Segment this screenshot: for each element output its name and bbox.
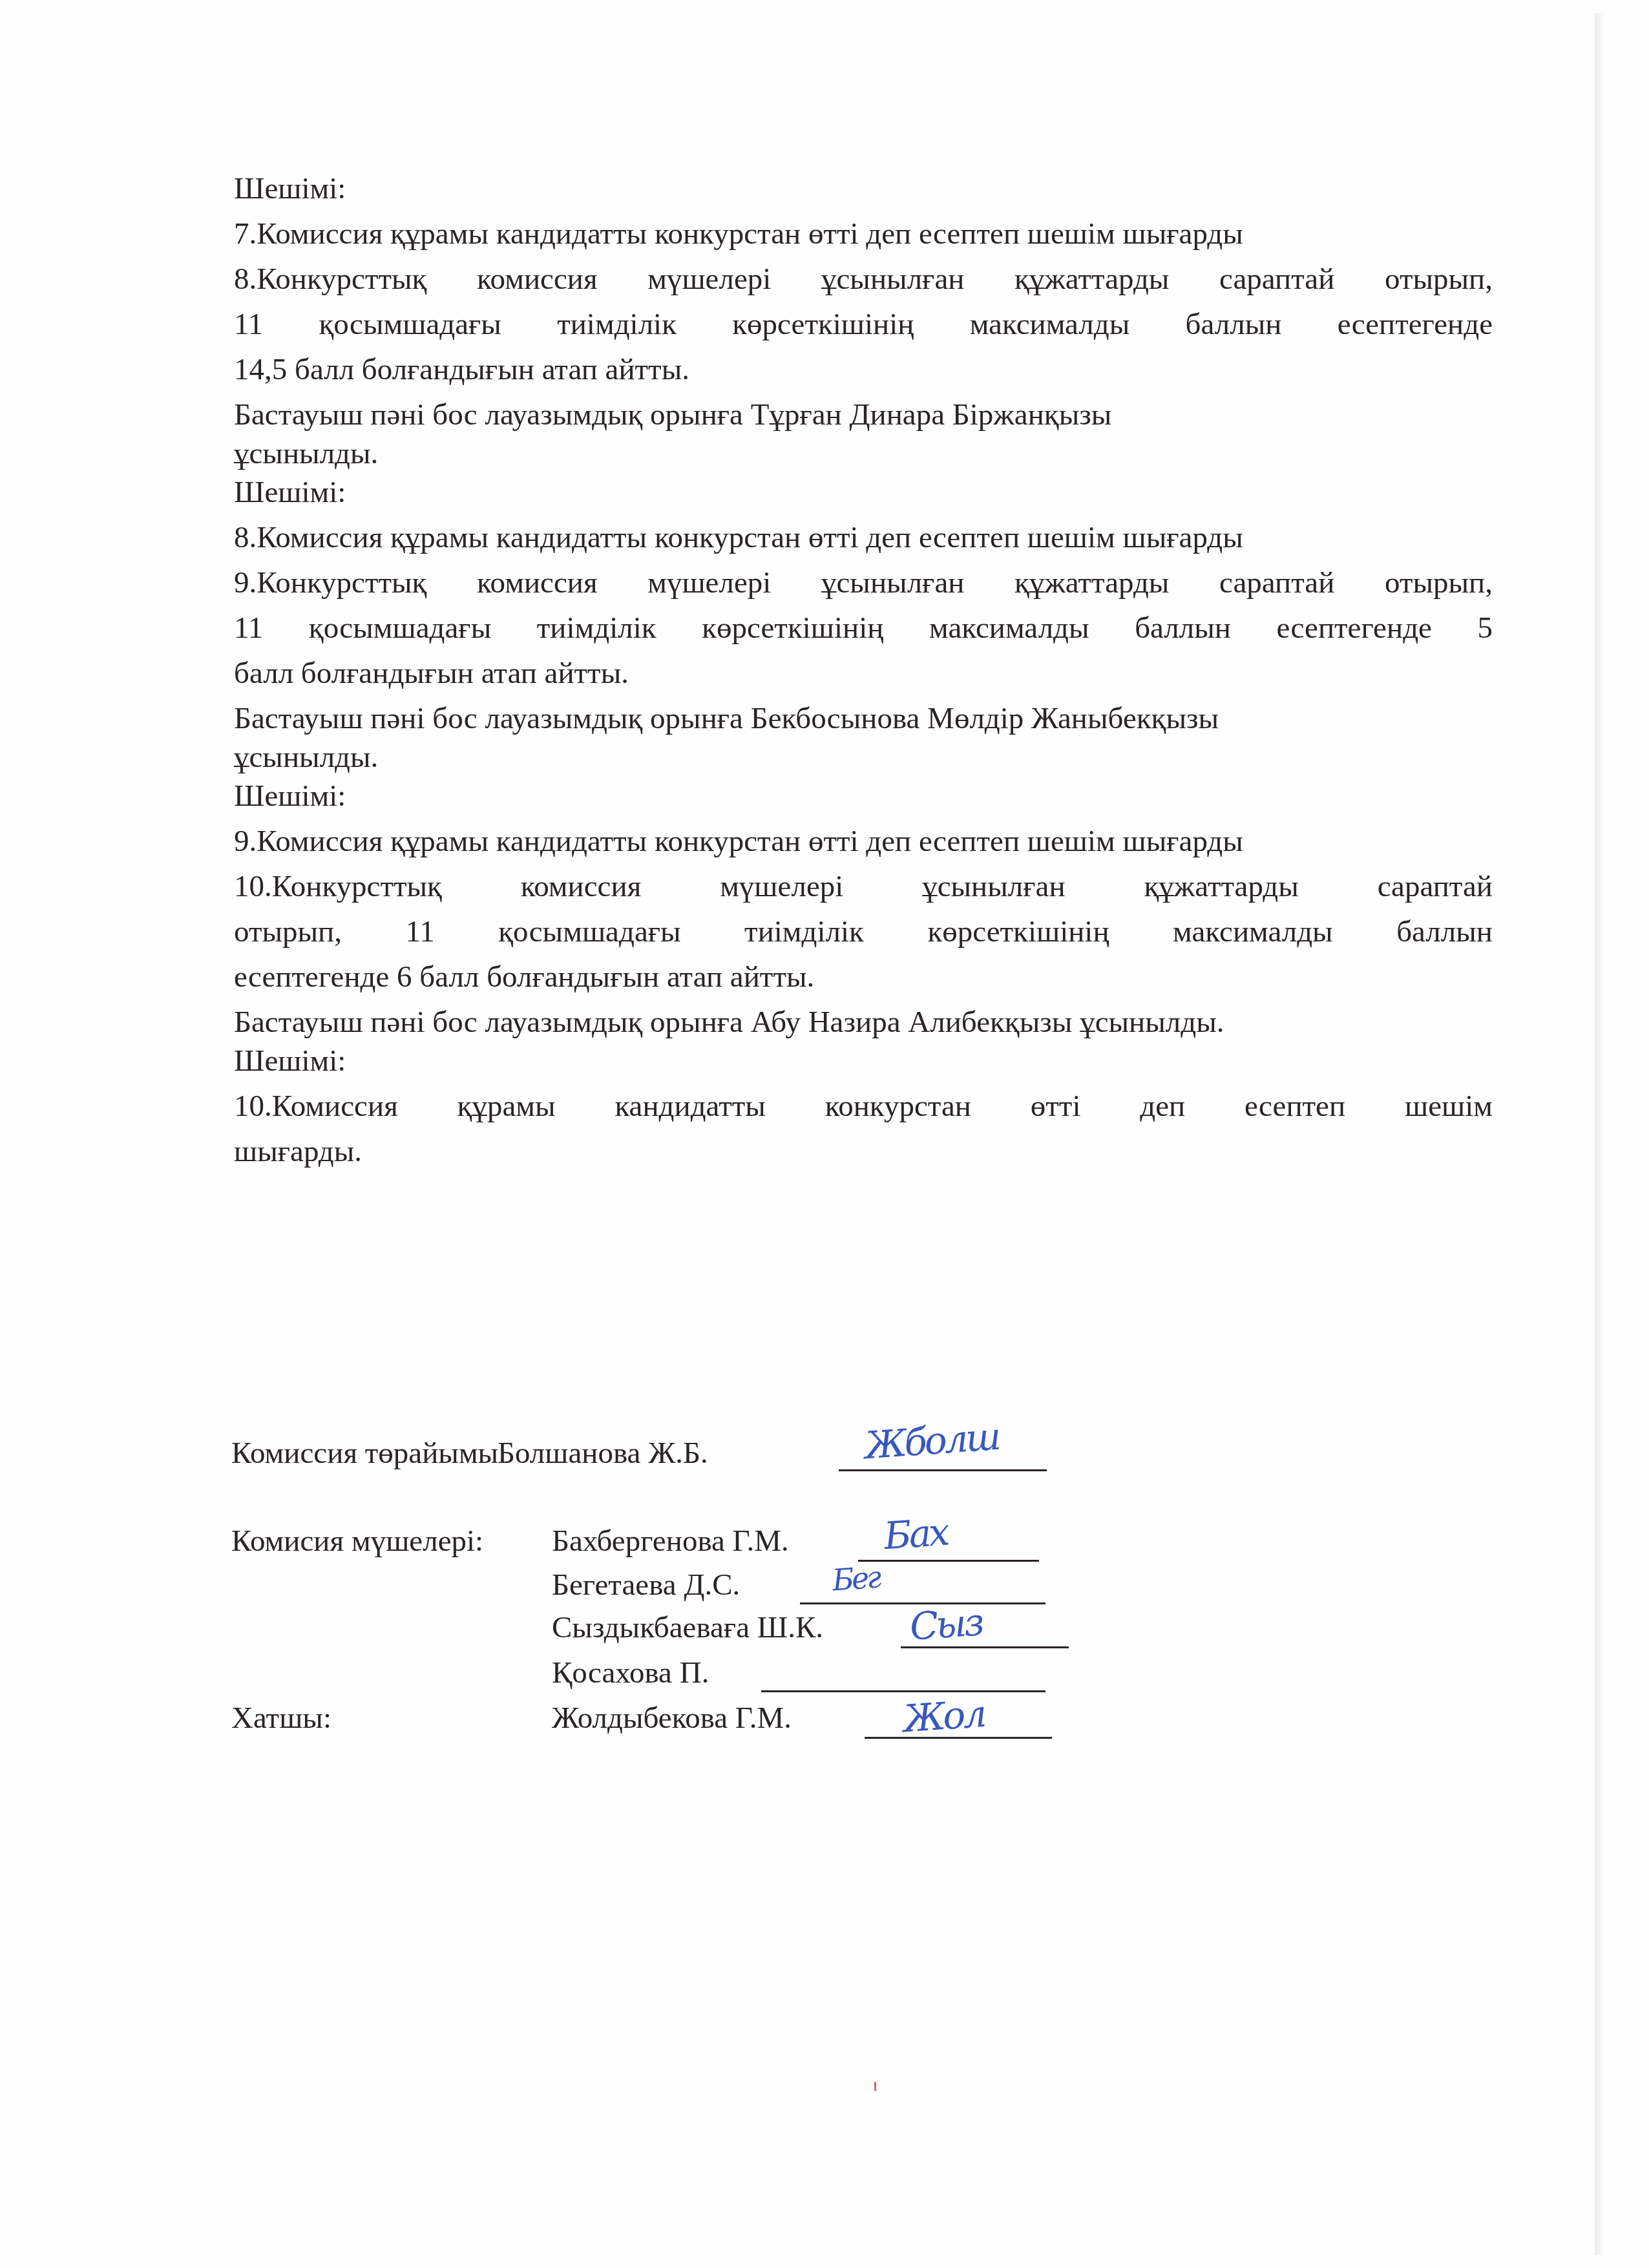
scan-edge-shadow bbox=[1595, 13, 1609, 2255]
signer-name: Болшанова Ж.Б. bbox=[498, 1436, 708, 1471]
decision-label: Шешімі: bbox=[234, 1042, 1493, 1080]
review-line: 9.Конкурсттық комиссия мүшелері ұсынылға… bbox=[234, 563, 1493, 602]
decision-body: Шешімі: 7.Комиссия құрамы кандидатты кон… bbox=[234, 169, 1493, 1171]
handwritten-signature: Жболш bbox=[863, 1414, 1000, 1467]
handwritten-signature: Сыз bbox=[909, 1600, 983, 1649]
nomination-line: ұсынылды. bbox=[234, 434, 1493, 473]
role-label: Хатшы: bbox=[231, 1701, 331, 1736]
review-line: 10.Конкурсттық комиссия мүшелері ұсынылғ… bbox=[234, 867, 1493, 906]
role-label: Комисия мүшелері: bbox=[231, 1524, 483, 1559]
decision-label: Шешімі: bbox=[234, 473, 1493, 512]
signature-line bbox=[761, 1690, 1045, 1692]
signer-name: Қосахова П. bbox=[552, 1655, 709, 1690]
review-line: 8.Конкурсттық комиссия мүшелері ұсынылға… bbox=[234, 260, 1493, 299]
review-line: 11 қосымшадағы тиімділік көрсеткішінің м… bbox=[234, 609, 1493, 647]
scanned-document-page: Шешімі: 7.Комиссия құрамы кандидатты кон… bbox=[0, 0, 1649, 2268]
signature-line bbox=[839, 1469, 1047, 1471]
scan-artifact bbox=[874, 2082, 876, 2091]
handwritten-signature: Бег bbox=[831, 1560, 880, 1598]
decision-text: 8.Комиссия құрамы кандидатты конкурстан … bbox=[234, 518, 1493, 557]
signer-name: Бахбергенова Г.М. bbox=[552, 1524, 789, 1559]
review-line: отырып, 11 қосымшадағы тиімділік көрсетк… bbox=[234, 912, 1493, 951]
signature-line bbox=[858, 1560, 1039, 1562]
nomination-line: ұсынылды. bbox=[234, 738, 1493, 777]
review-line: 14,5 балл болғандығын атап айтты. bbox=[234, 350, 1493, 389]
decision-label: Шешімі: bbox=[234, 777, 1493, 815]
handwritten-signature: Жол bbox=[902, 1692, 985, 1741]
nomination-line: Бастауыш пәні бос лауазымдық орынға Тұрғ… bbox=[234, 395, 1493, 434]
review-line: есептегенде 6 балл болғандығын атап айтт… bbox=[234, 958, 1493, 996]
decision-text: 9.Комиссия құрамы кандидатты конкурстан … bbox=[234, 822, 1493, 861]
decision-text: 10.Комиссия құрамы кандидатты конкурстан… bbox=[234, 1087, 1493, 1126]
decision-text: шығарды. bbox=[234, 1132, 1493, 1171]
nomination-line: Бастауыш пәні бос лауазымдық орынға Бекб… bbox=[234, 699, 1493, 738]
review-line: 11 қосымшадағы тиімділік көрсеткішінің м… bbox=[234, 305, 1493, 344]
decision-text: 7.Комиссия құрамы кандидатты конкурстан … bbox=[234, 215, 1493, 253]
signer-name: Бегетаева Д.С. bbox=[552, 1568, 740, 1602]
decision-label: Шешімі: bbox=[234, 169, 1493, 208]
review-line: балл болғандығын атап айтты. bbox=[234, 654, 1493, 693]
nomination-line: Бастауыш пәні бос лауазымдық орынға Абу … bbox=[234, 1003, 1493, 1042]
role-label: Комиссия төрайымы bbox=[231, 1436, 498, 1471]
signer-name: Сыздыкбаеваға Ш.К. bbox=[552, 1610, 823, 1645]
handwritten-signature: Бах bbox=[883, 1510, 949, 1559]
signer-name: Жолдыбекова Г.М. bbox=[552, 1701, 792, 1736]
